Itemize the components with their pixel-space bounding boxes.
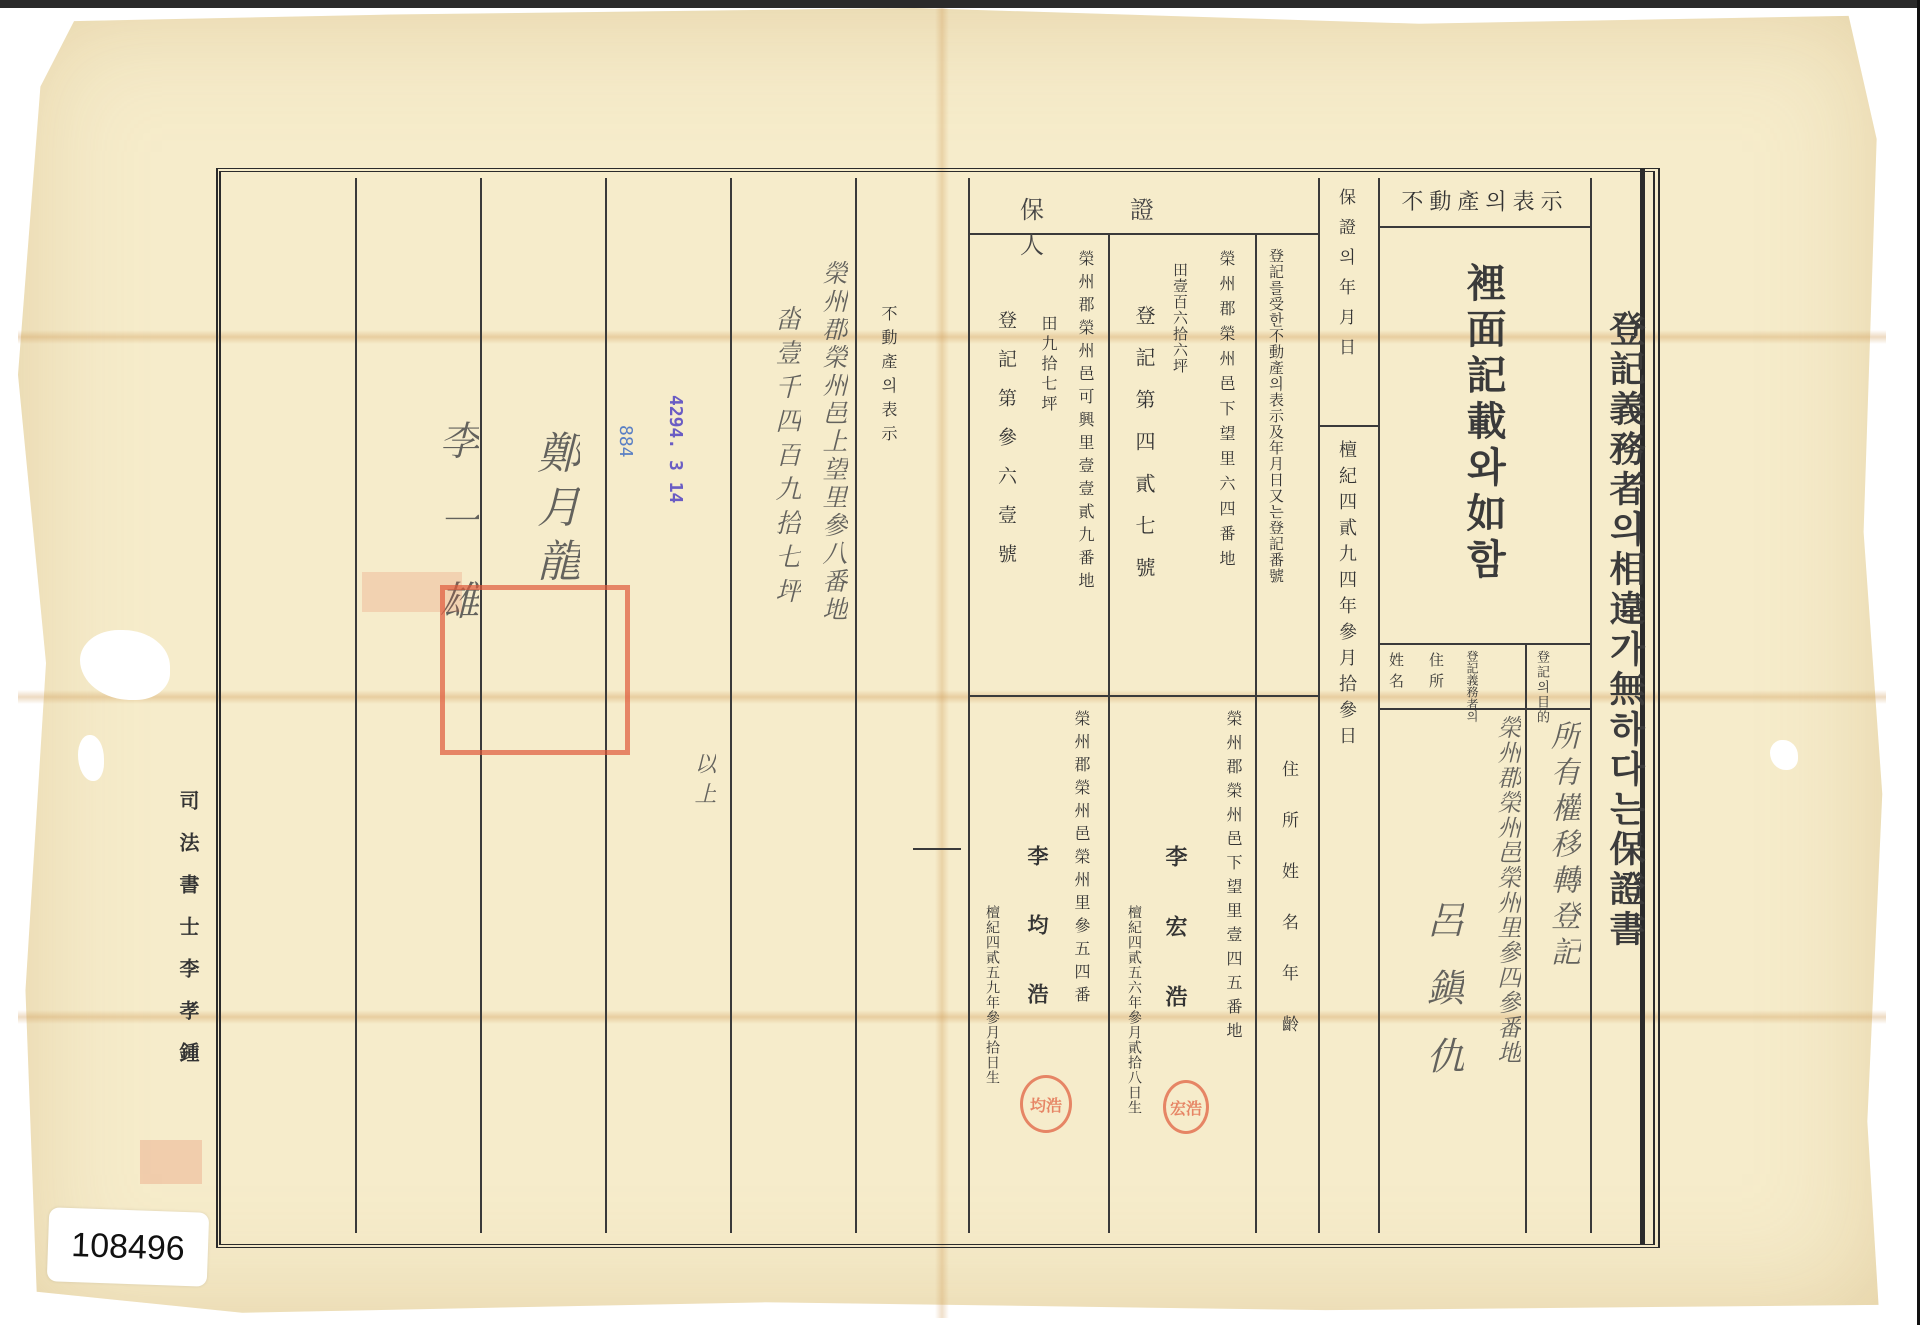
column-rule [1525,645,1527,1233]
row-rule [1318,425,1378,427]
column-rule [730,178,732,1233]
guarantor2-birth: 檀紀四貳五九年參月拾日生 [982,905,1002,1085]
guarantor2-seal: 均浩 [1020,1075,1072,1133]
guarantee-date-label: 保證의年月日 [1333,188,1358,368]
scan-top-edge [0,0,1920,8]
column-rule [1318,178,1320,1233]
red-seal-smudge [362,572,462,612]
paper-hole [78,735,104,781]
property-detail-line2: 畓壹千四百九拾七坪 [768,305,805,611]
guarantee-date-value: 檀紀四貳九四年參月拾參日 [1333,440,1359,752]
person-header: 住所姓名年齡 [1276,760,1301,1066]
name-header: 姓名 [1386,652,1407,694]
guarantor1-seal: 宏浩 [1163,1080,1209,1134]
column-rule [1255,235,1257,1233]
guarantor1-property-area: 田壹百六拾六坪 [1170,262,1191,374]
document-title: 登記義務者의相違가無하다는保證書 [1600,310,1651,950]
row-rule [1378,226,1590,228]
receipt-number-stamp: 4294. 3 14 [665,395,686,503]
column-rule [1108,235,1110,695]
square-red-seal [440,585,630,755]
obligor-name-value: 呂鎭仇 [1415,900,1470,1104]
column-rule [1590,178,1592,1233]
row-rule [968,695,1318,697]
scrivener-seal [140,1140,202,1184]
property-header: 不動產의表示 [1390,185,1580,216]
guarantor2-name: 李均浩 [1022,845,1052,1052]
column-rule [355,178,357,1233]
catalog-label: 108496 [47,1207,209,1287]
purpose-value: 所有權移轉登記 [1540,720,1584,972]
row-rule [913,848,961,850]
column-rule [968,178,970,1233]
address-header: 住所 [1426,652,1447,694]
column-rule [855,178,857,1233]
obligor-of-header: 登記義務者의 [1464,650,1481,704]
guarantor1-property-location: 榮州郡榮州邑下望里六四番地 [1215,250,1238,575]
obligor-address-value: 榮州郡榮州邑榮州里參四參番地 [1490,715,1525,1065]
scrivener-name: 司法書士李孝鍾 [174,790,203,1084]
row-rule [1378,643,1590,645]
row-rule [1378,708,1590,710]
registration-header: 登記를受한不動產의表示及年月日又는登記番號 [1266,248,1287,584]
column-rule [1108,695,1110,1233]
purpose-header: 登記의目的 [1532,650,1551,704]
property-detail-line1: 榮州郡榮州邑上望里參八番地 [815,260,851,624]
guarantor1-birth: 檀紀四貳五六年參月貳拾八日生 [1124,905,1144,1115]
guarantor2-property-location: 榮州郡榮州邑可興里壹壹貳九番地 [1074,250,1097,595]
signer2-signature: 鄭月龍 [522,430,586,592]
guarantor2-property-area: 田九拾七坪 [1037,315,1060,415]
guarantor1-reg-number: 登記第四貳七號 [1130,305,1159,599]
property-body: 裡面記載와如함 [1455,262,1512,584]
property-detail-header: 不動產의表示 [877,305,900,449]
guarantor1-name: 李宏浩 [1160,845,1191,1055]
column-rule [1378,178,1380,1233]
obligor-headers: 姓名 住所 登記義務者의 登記의目的 [1384,650,1584,706]
guarantor2-reg-number: 登記第參六壹號 [993,310,1020,583]
end-mark: 以上 [688,752,719,812]
guarantor1-address: 榮州郡榮州邑下望里壹四五番地 [1222,710,1245,1046]
guarantor2-address: 榮州郡榮州邑榮州里參五四番 [1070,710,1093,1009]
receipt-seq-stamp: 884 [615,425,636,458]
